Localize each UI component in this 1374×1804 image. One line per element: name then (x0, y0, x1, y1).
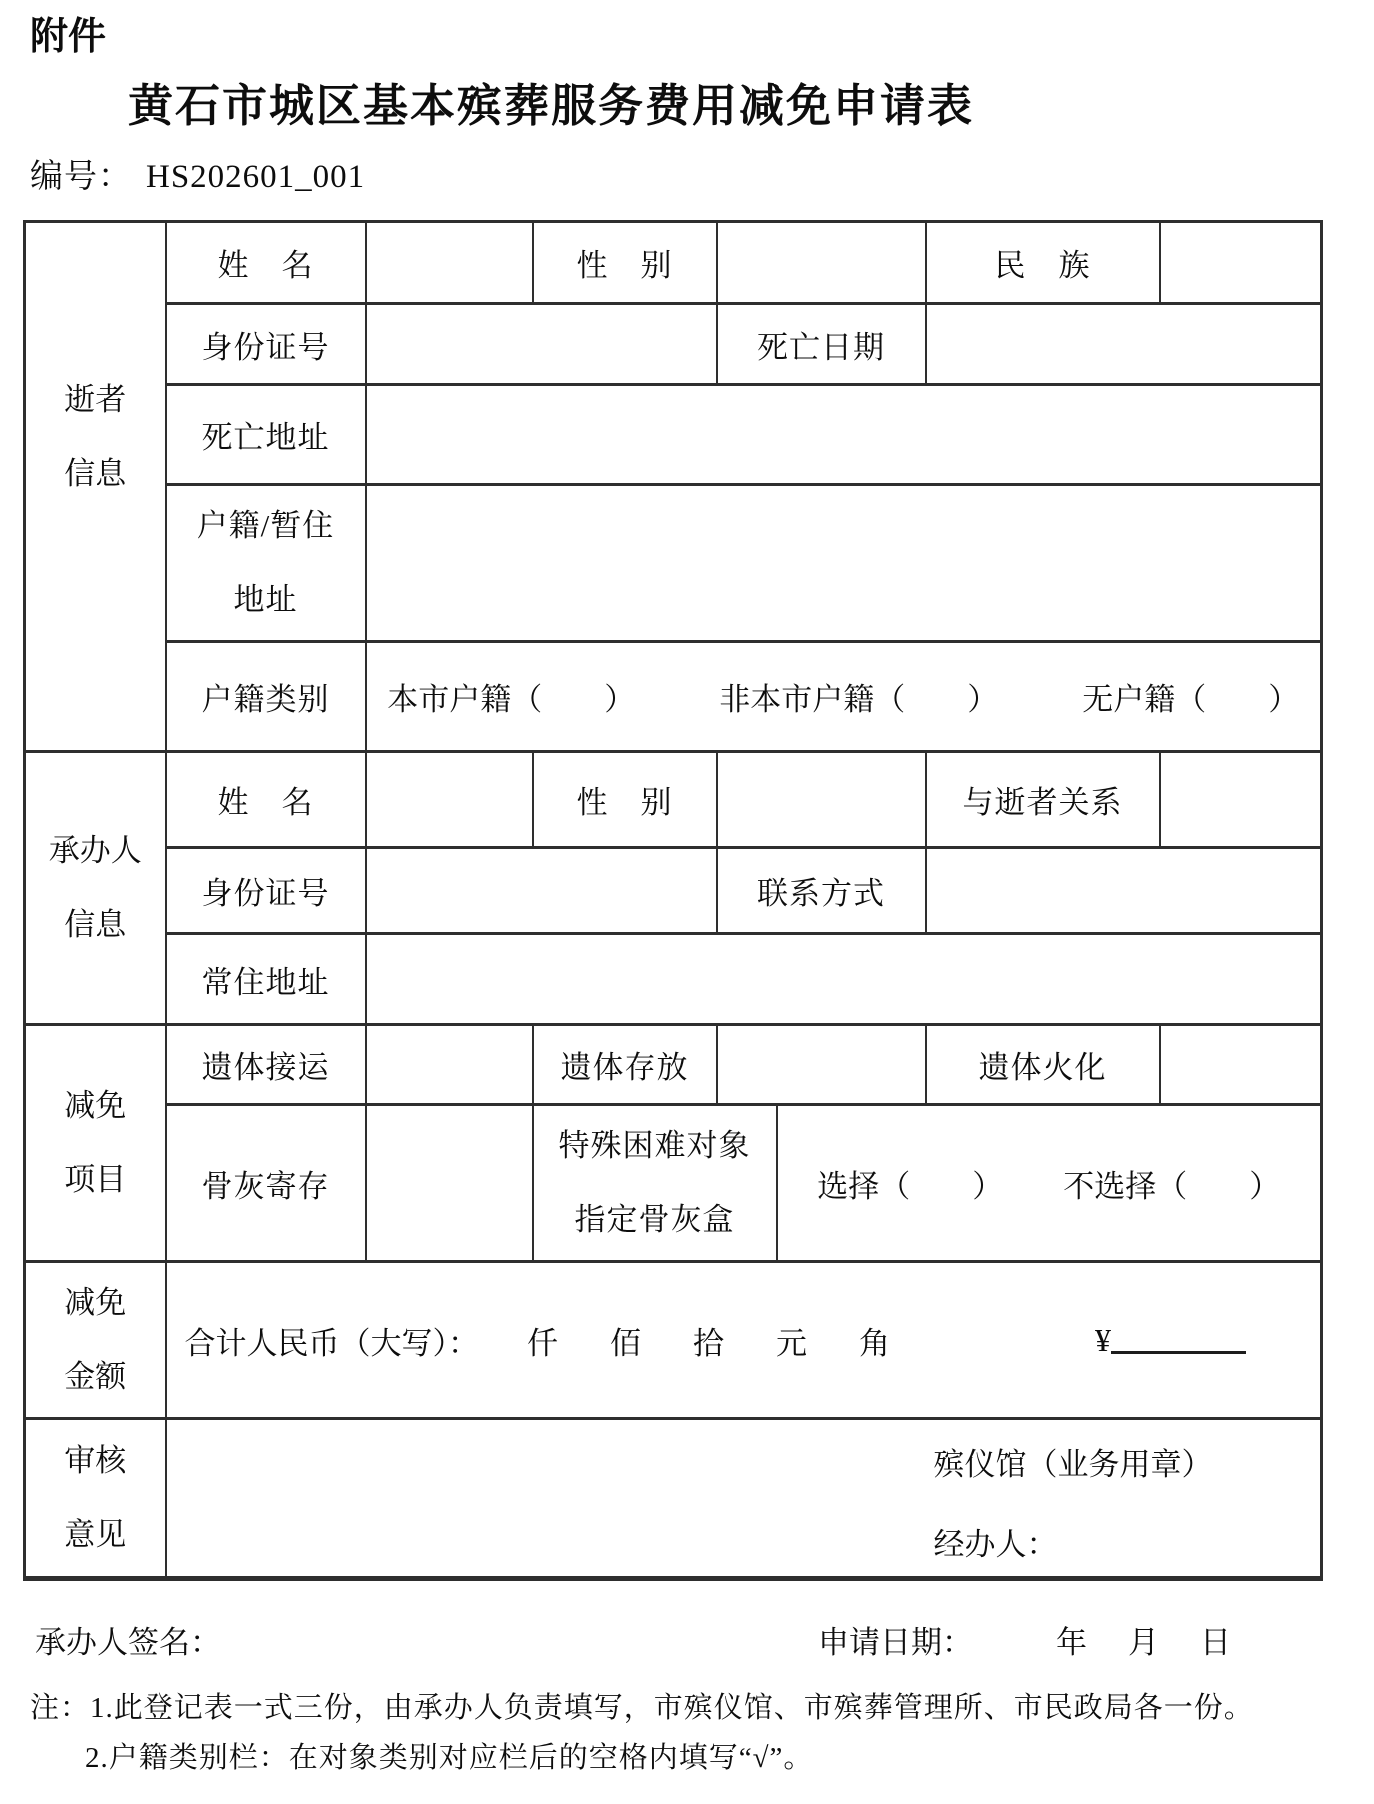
amount-units: 仟 佰 拾 元 角 (527, 1318, 890, 1363)
item-special-urn-label: 特殊困难对象 指定骨灰盒 (533, 1105, 777, 1262)
deceased-gender-input[interactable] (717, 222, 926, 304)
serial-value: HS202601_001 (146, 159, 365, 195)
amount-unit-ten: 拾 (693, 1318, 724, 1363)
application-date-units: 年 月 日 (1056, 1621, 1236, 1665)
note-2: 2.户籍类别栏：在对象类别对应栏后的空格内填写“√”。 (85, 1741, 1374, 1775)
deceased-residence-label-line2: 地址 (167, 563, 365, 637)
review-content-cell[interactable]: 殡仪馆（业务用章） 经办人： (166, 1419, 1322, 1579)
item-cremation-input[interactable] (1160, 1025, 1322, 1105)
signature-row: 承办人签名： 申请日期： 年 月 日 (0, 1621, 1374, 1665)
deceased-name-label: 姓 名 (166, 222, 366, 304)
section-review-label-line1: 审核 (26, 1424, 165, 1498)
serial-number-line: 编号：HS202601_001 (30, 154, 1374, 200)
section-amount-label-line1: 减免 (26, 1266, 165, 1340)
section-agent-info: 承办人 信息 (25, 752, 166, 1025)
amount-content-cell: 合计人民币（大写）： 仟 佰 拾 元 角 ¥ (166, 1262, 1322, 1419)
agent-gender-label: 性 别 (533, 752, 717, 848)
amount-fill-line[interactable] (1111, 1350, 1246, 1354)
handler-label: 经办人： (934, 1528, 1321, 1562)
item-ashes-label: 骨灰寄存 (166, 1105, 366, 1262)
deceased-ethnicity-label: 民 族 (926, 222, 1160, 304)
deceased-id-input[interactable] (366, 304, 717, 385)
deceased-gender-label: 性 别 (533, 222, 717, 304)
item-storage-label: 遗体存放 (533, 1025, 717, 1105)
funeral-home-stamp-label: 殡仪馆（业务用章） (934, 1448, 1321, 1482)
deceased-residence-input[interactable] (366, 485, 1322, 642)
deceased-residence-label: 户籍/暂住 地址 (166, 485, 366, 642)
amount-unit-hundred: 佰 (610, 1318, 641, 1363)
hukou-option-nonlocal[interactable]: 非本市户籍（ ） (719, 674, 998, 719)
item-special-urn-label-line1: 特殊困难对象 (534, 1109, 776, 1183)
item-transport-label: 遗体接运 (166, 1025, 366, 1105)
deceased-ethnicity-input[interactable] (1160, 222, 1322, 304)
amount-prefix-label: 合计人民币（大写）： (185, 1318, 480, 1363)
section-agent-label-line2: 信息 (26, 888, 165, 962)
section-deceased-label-line1: 逝者 (26, 363, 165, 437)
note-1: 注：1.此登记表一式三份，由承办人负责填写，市殡仪馆、市殡葬管理所、市民政局各一… (30, 1691, 1374, 1725)
serial-label: 编号： (30, 159, 132, 195)
special-urn-choose-option[interactable]: 选择（ ） (817, 1161, 1003, 1206)
application-form-table: 逝者 信息 姓 名 性 别 民 族 身份证号 死亡日期 死亡地址 (23, 220, 1323, 1581)
section-review-label-line2: 意见 (26, 1498, 165, 1572)
deceased-death-date-input[interactable] (926, 304, 1322, 385)
page-title: 黄石市城区基本殡葬服务费用减免申请表 (128, 74, 1374, 138)
hukou-options-cell: 本市户籍（ ） 非本市户籍（ ） 无户籍（ ） (366, 642, 1322, 752)
deceased-id-label: 身份证号 (166, 304, 366, 385)
agent-signature-label: 承办人签名： (35, 1621, 221, 1665)
agent-name-input[interactable] (366, 752, 533, 848)
currency-symbol: ¥ (1095, 1322, 1111, 1359)
agent-relation-input[interactable] (1160, 752, 1322, 848)
section-items-label-line1: 减免 (26, 1069, 165, 1143)
attachment-label: 附件 (30, 0, 1374, 60)
hukou-option-none[interactable]: 无户籍（ ） (1082, 674, 1299, 719)
deceased-residence-label-line1: 户籍/暂住 (167, 489, 365, 563)
deceased-name-input[interactable] (366, 222, 533, 304)
hukou-option-local[interactable]: 本市户籍（ ） (387, 674, 635, 719)
special-urn-not-choose-option[interactable]: 不选择（ ） (1063, 1161, 1280, 1206)
deceased-death-address-label: 死亡地址 (166, 385, 366, 485)
section-reduction-amount: 减免 金额 (25, 1262, 166, 1419)
section-deceased-label-line2: 信息 (26, 437, 165, 511)
section-reduction-items: 减免 项目 (25, 1025, 166, 1262)
agent-id-label: 身份证号 (166, 848, 366, 934)
item-ashes-input[interactable] (366, 1105, 533, 1262)
item-transport-input[interactable] (366, 1025, 533, 1105)
item-storage-input[interactable] (717, 1025, 926, 1105)
agent-gender-input[interactable] (717, 752, 926, 848)
agent-relation-label: 与逝者关系 (926, 752, 1160, 848)
hukou-type-label: 户籍类别 (166, 642, 366, 752)
item-special-urn-label-line2: 指定骨灰盒 (534, 1183, 776, 1257)
section-deceased-info: 逝者 信息 (25, 222, 166, 752)
section-review-opinion: 审核 意见 (25, 1419, 166, 1579)
section-agent-label-line1: 承办人 (26, 814, 165, 888)
deceased-death-date-label: 死亡日期 (717, 304, 926, 385)
agent-address-label: 常住地址 (166, 934, 366, 1025)
item-cremation-label: 遗体火化 (926, 1025, 1160, 1105)
agent-name-label: 姓 名 (166, 752, 366, 848)
section-amount-label-line2: 金额 (26, 1340, 165, 1414)
amount-unit-thousand: 仟 (527, 1318, 558, 1363)
deceased-death-address-input[interactable] (366, 385, 1322, 485)
special-urn-options-cell: 选择（ ） 不选择（ ） (777, 1105, 1322, 1262)
agent-address-input[interactable] (366, 934, 1322, 1025)
amount-unit-yuan: 元 (776, 1318, 807, 1363)
section-items-label-line2: 项目 (26, 1143, 165, 1217)
application-date-label: 申请日期： (818, 1621, 973, 1665)
agent-id-input[interactable] (366, 848, 717, 934)
document-page: 附件 黄石市城区基本殡葬服务费用减免申请表 编号：HS202601_001 逝者… (0, 0, 1374, 1804)
amount-unit-jiao: 角 (859, 1318, 890, 1363)
agent-contact-input[interactable] (926, 848, 1322, 934)
agent-contact-label: 联系方式 (717, 848, 926, 934)
